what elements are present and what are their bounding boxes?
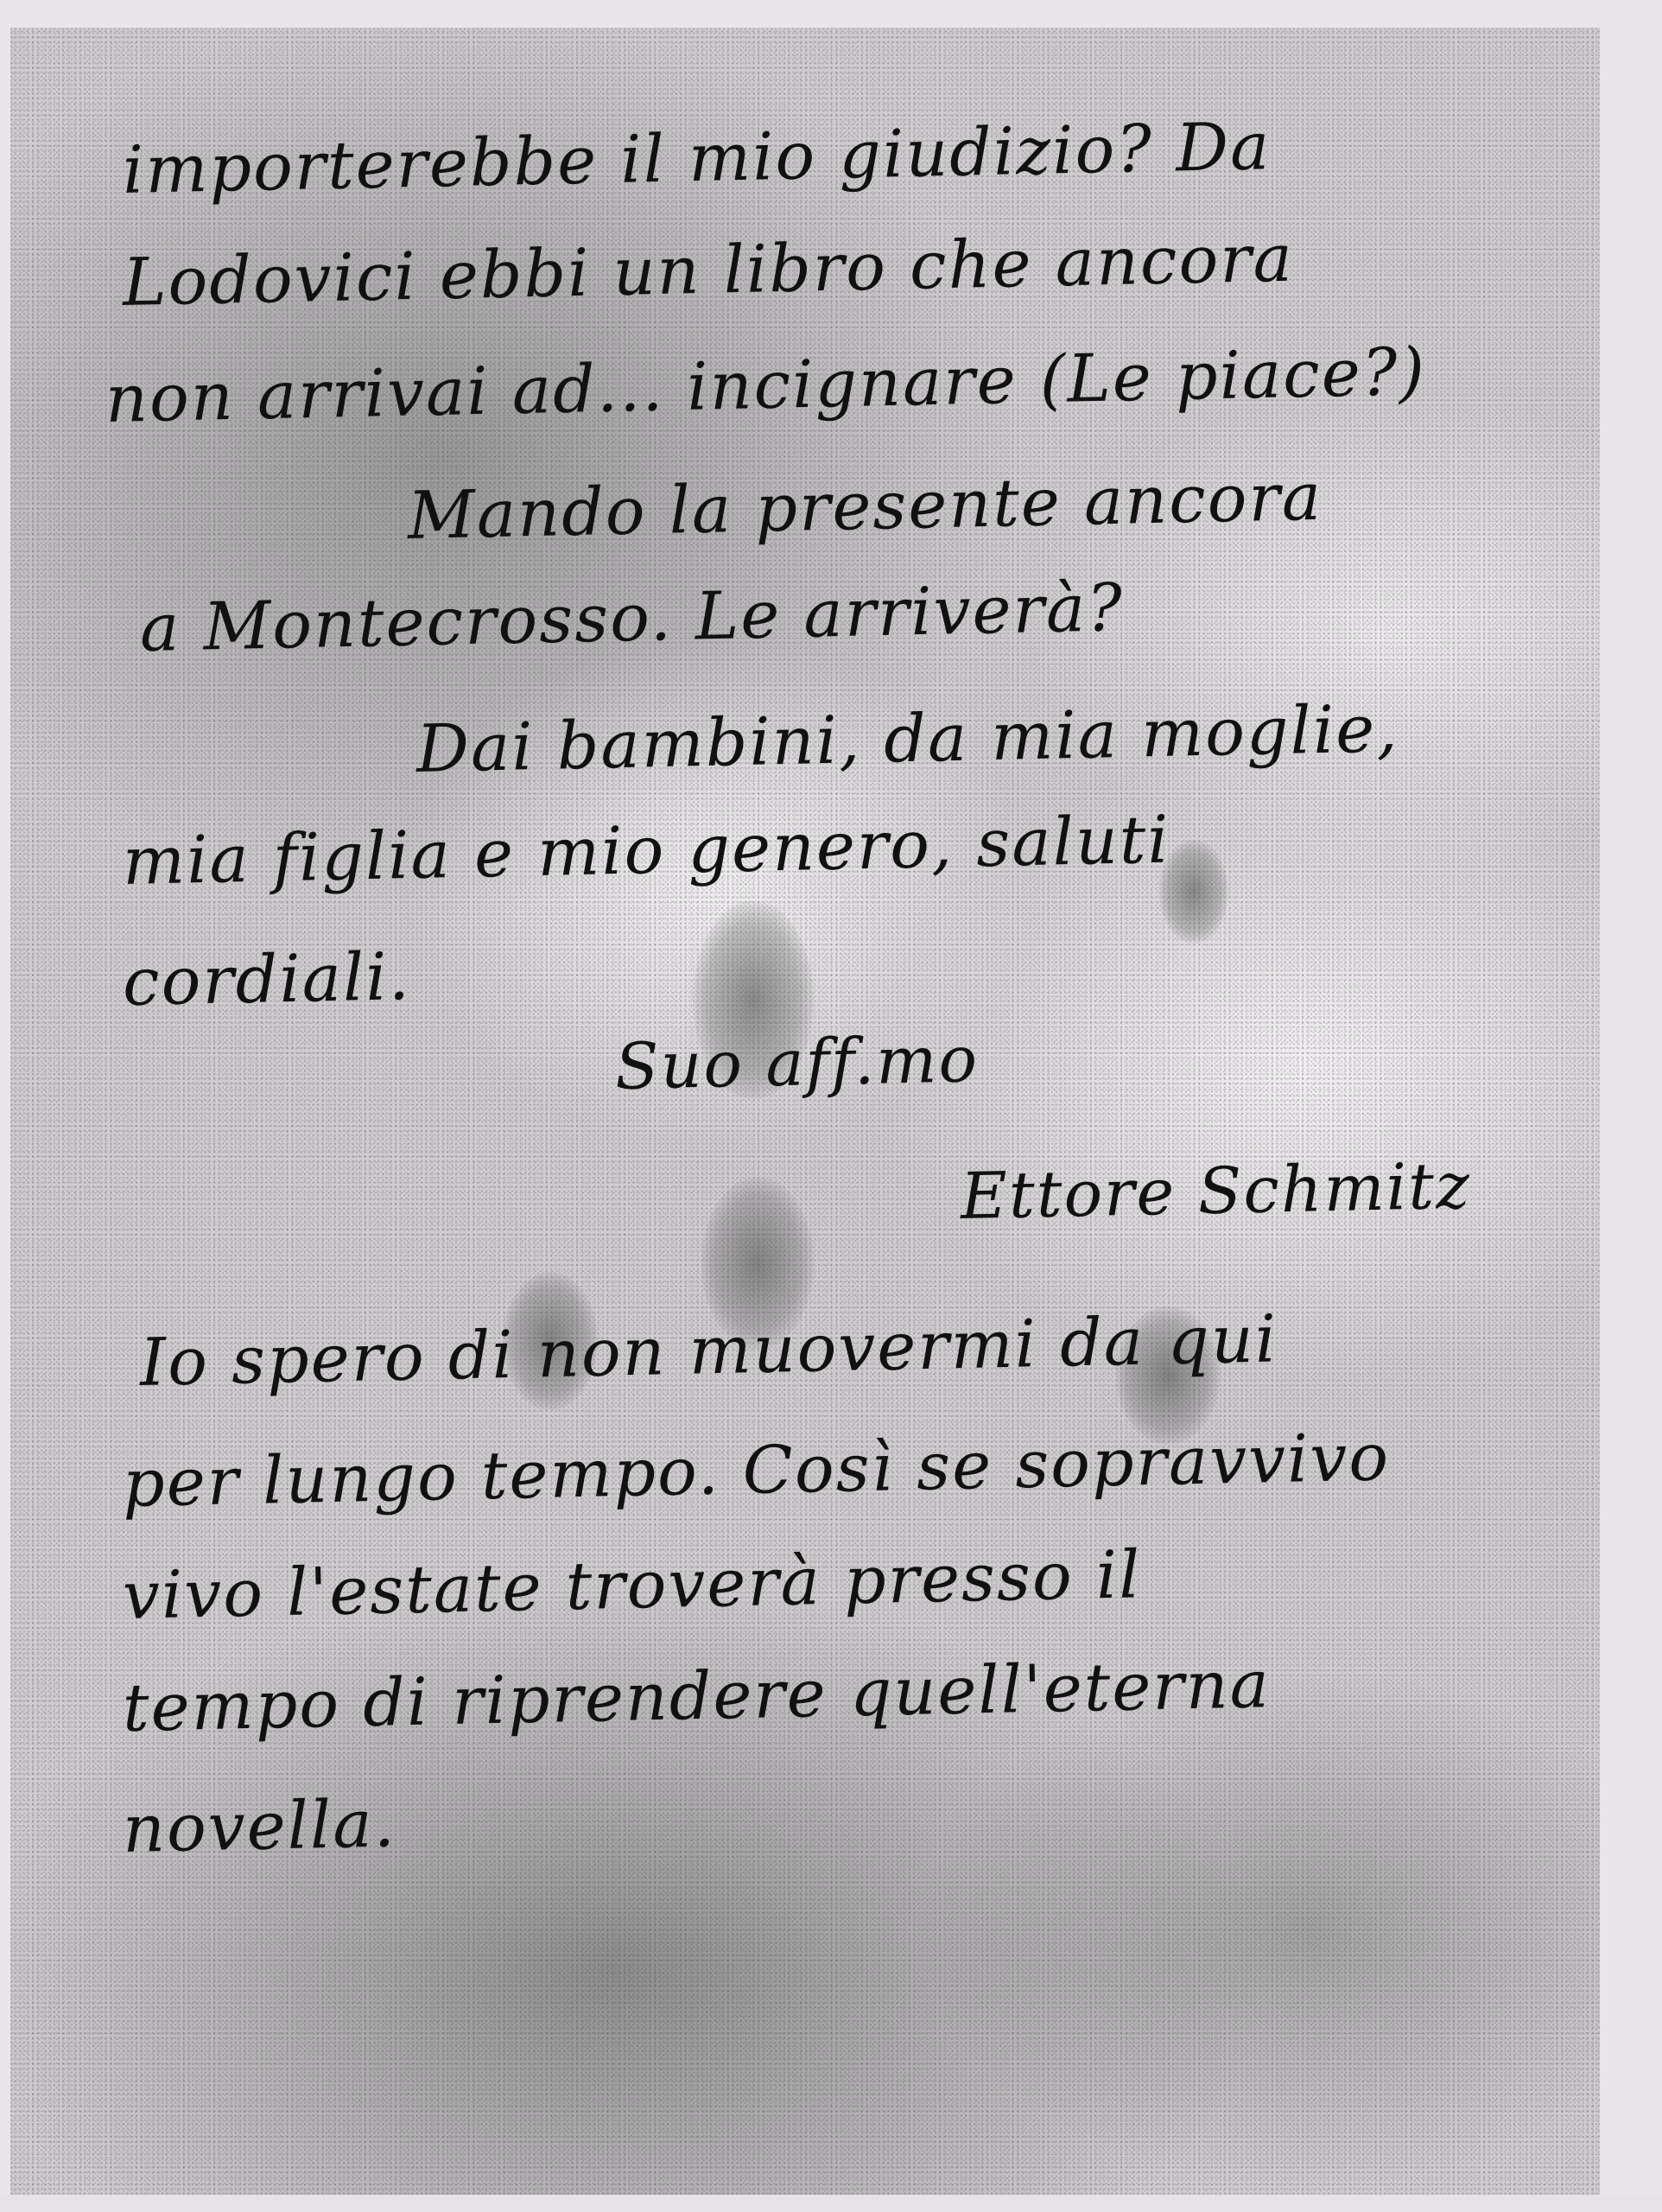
letter-page: importerebbe il mio giudizio? Da Lodovic… [10, 28, 1600, 2196]
postscript-line-1: Io spero di non muovermi da qui [139, 1300, 1278, 1401]
letter-line-6: Dai bambini, da mia moglie, [415, 690, 1399, 787]
letter-line-5: a Montecrosso. Le arriverà? [139, 569, 1125, 666]
postscript-line-4: tempo di riprendere quell'eterna [122, 1645, 1272, 1746]
signature: Ettore Schmitz [960, 1149, 1472, 1234]
letter-line-8: cordiali. [122, 938, 411, 1020]
letter-line-3: non arrivai ad... incignare (Le piace?) [105, 333, 1427, 437]
postscript-line-2: per lungo tempo. Così se sopravvivo [122, 1418, 1391, 1522]
scan-bottom-margin [0, 2195, 1662, 2212]
closing-salutation: Suo aff.mo [614, 1022, 980, 1104]
postscript-line-5: novella. [122, 1784, 396, 1867]
letter-line-1: importerebbe il mio giudizio? Da [122, 107, 1272, 208]
letter-line-4: Mando la presente ancora [407, 458, 1323, 554]
letter-line-2: Lodovici ebbi un libro che ancora [122, 219, 1295, 321]
postscript-line-3: vivo l'estate troverà presso il [122, 1535, 1142, 1634]
letter-body: importerebbe il mio giudizio? Da Lodovic… [10, 28, 1600, 2196]
letter-line-7: mia figlia e mio genero, saluti [122, 801, 1170, 899]
